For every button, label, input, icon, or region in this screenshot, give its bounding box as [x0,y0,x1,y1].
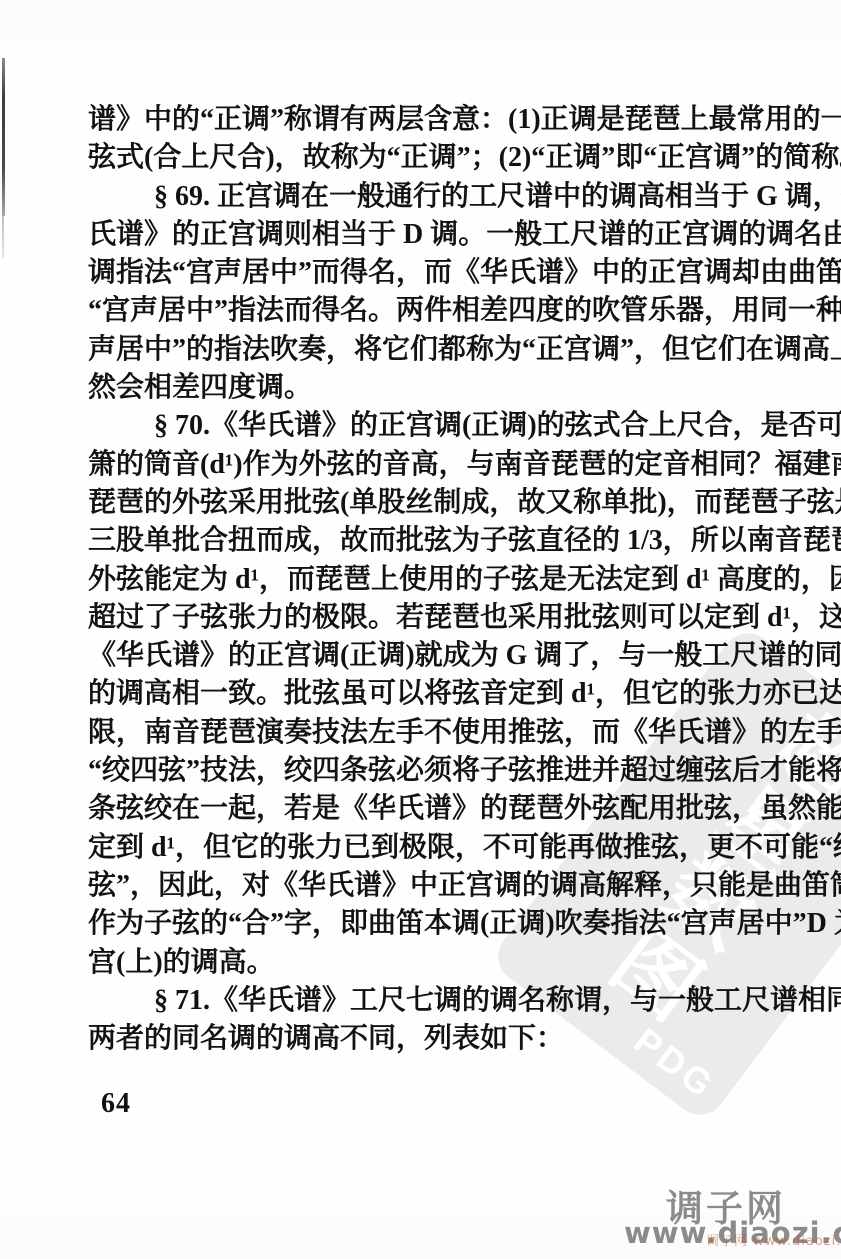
text-line: 然会相差四度调。 [88,369,766,407]
text-line: 弦”，因此，对《华氏谱》中正宫调的调高解释，只能是曲笛筒音“a” [88,867,766,905]
body-text: 谱》中的“正调”称谓有两层含意：(1)正调是琵琶上最常用的一种弦式(合上尺合)，… [88,101,766,1058]
text-line: 条弦绞在一起，若是《华氏谱》的琵琶外弦配用批弦，虽然能将弦音 [88,790,766,828]
text-line: 外弦能定为 d¹，而琵琶上使用的子弦是无法定到 d¹ 高度的，因为 d¹ [88,561,766,599]
text-line: 氏谱》的正宫调则相当于 D 调。一般工尺谱的正宫调的调名由箫本 [88,216,766,254]
text-line: 琵琶的外弦采用批弦(单股丝制成，故又称单批)，而琵琶子弦是由 [88,484,766,522]
text-line: “绞四弦”技法，绞四条弦必须将子弦推进并超过缠弦后才能将四 [88,752,766,790]
text-line: 箫的筒音(d¹)作为外弦的音高，与南音琵琶的定音相同？福建南音 [88,446,766,484]
text-line: 定到 d¹，但它的张力已到极限，不可能再做推弦，更不可能“绞四 [88,829,766,867]
text-line: 作为子弦的“合”字，即曲笛本调(正调)吹奏指法“宫声居中”D 为 [88,905,766,943]
page-number: 64 [101,1088,131,1120]
text-line: § 69. 正宫调在一般通行的工尺谱中的调高相当于 G 调，《华 [88,178,766,216]
text-line: 三股单批合扭而成，故而批弦为子弦直径的 1/3，所以南音琵琶的 [88,522,766,560]
text-line: 调指法“宫声居中”而得名，而《华氏谱》中的正宫调却由曲笛本调 [88,254,766,292]
text-line: 的调高相一致。批弦虽可以将弦音定到 d¹，但它的张力亦已达到极 [88,675,766,713]
text-line: 谱》中的“正调”称谓有两层含意：(1)正调是琵琶上最常用的一种 [88,101,766,139]
text-line: “宫声居中”指法而得名。两件相差四度的吹管乐器，用同一种“宫 [88,292,766,330]
scan-artifact-line [2,58,5,216]
site-watermark-red-smudge: 调子网 www.diaozi.com [706,1230,841,1249]
text-line: § 71.《华氏谱》工尺七调的调名称谓，与一般工尺谱相同，惟 [88,982,766,1020]
text-line: 两者的同名调的调高不同，列表如下： [88,1020,766,1058]
text-line: 宫(上)的调高。 [88,944,766,982]
scan-artifact-line-tail [2,216,4,258]
text-line: 声居中”的指法吹奏，将它们都称为“正宫调”，但它们在调高上必 [88,331,766,369]
text-line: 弦式(合上尺合)，故称为“正调”；(2)“正调”即“正宫调”的简称。 [88,139,766,177]
text-line: 限，南音琵琶演奏技法左手不使用推弦，而《华氏谱》的左手指法有 [88,714,766,752]
text-line: 《华氏谱》的正宫调(正调)就成为 G 调了，与一般工尺谱的同调名 [88,637,766,675]
text-line: 超过了子弦张力的极限。若琵琶也采用批弦则可以定到 d¹，这样 [88,599,766,637]
text-line: § 70.《华氏谱》的正宫调(正调)的弦式合上尺合，是否可能以 [88,407,766,445]
scanned-book-page: 超星数图 PDG 谱》中的“正调”称谓有两层含意：(1)正调是琵琶上最常用的一种… [0,0,841,1259]
